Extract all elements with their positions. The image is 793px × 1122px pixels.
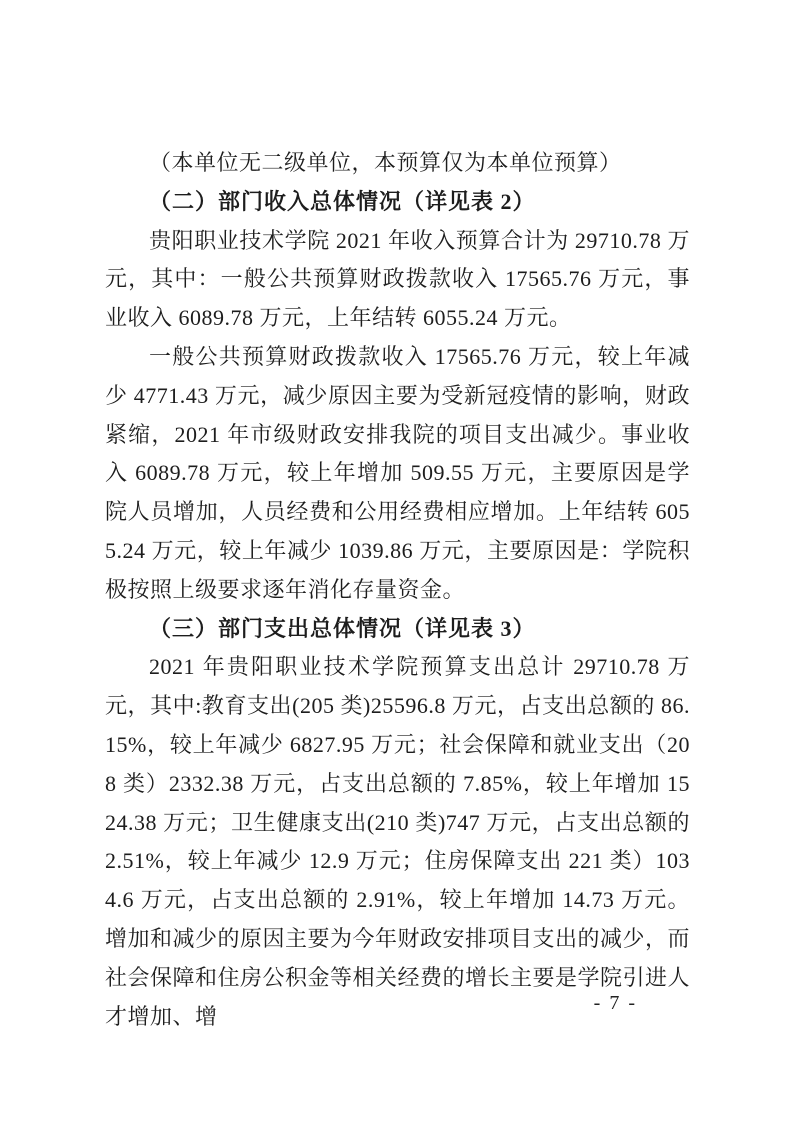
- income-analysis-paragraph: 一般公共预算财政拨款收入 17565.76 万元，较上年减少 4771.43 万…: [105, 338, 690, 610]
- section-heading-expenditure: （三）部门支出总体情况（详见表 3）: [105, 610, 690, 649]
- expenditure-summary-paragraph: 2021 年贵阳职业技术学院预算支出总计 29710.78 万元，其中:教育支出…: [105, 648, 690, 1036]
- document-page: （本单位无二级单位，本预算仅为本单位预算） （二）部门收入总体情况（详见表 2）…: [0, 0, 793, 1122]
- income-summary-paragraph: 贵阳职业技术学院 2021 年收入预算合计为 29710.78 万元，其中：一般…: [105, 222, 690, 338]
- page-number: - 7 -: [0, 991, 637, 1015]
- section-heading-income: （二）部门收入总体情况（详见表 2）: [105, 183, 690, 222]
- note-paragraph: （本单位无二级单位，本预算仅为本单位预算）: [105, 144, 690, 183]
- document-body: （本单位无二级单位，本预算仅为本单位预算） （二）部门收入总体情况（详见表 2）…: [105, 144, 690, 1036]
